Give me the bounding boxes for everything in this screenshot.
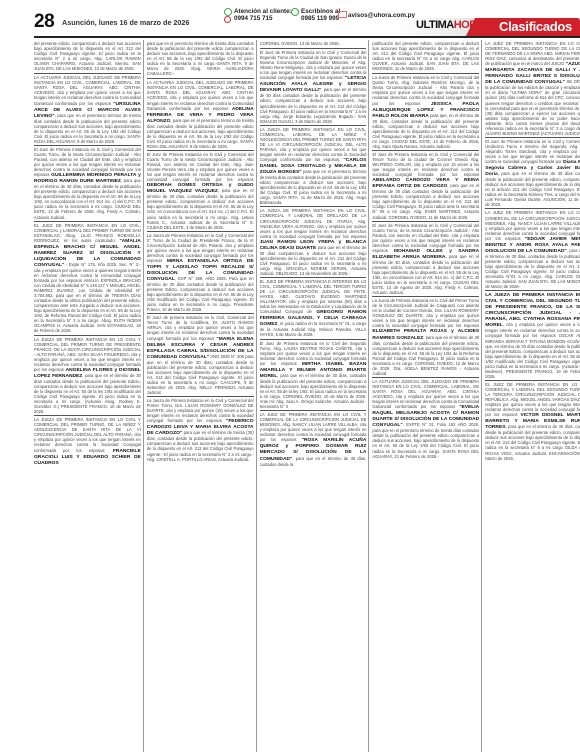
notice-text: , para que en el término de 30 días, con… <box>485 424 580 460</box>
notice-text: LA JUEZA DE PRIMERA INSTANCIA EN LO CIVI… <box>34 417 141 452</box>
page-header: 28 Asunción, lunes 16 de marzo de 2026 A… <box>0 0 580 36</box>
notice-text: EL JUEZ DE PRIMERA INSTANCIA E INTERINO … <box>260 279 367 314</box>
legal-notice: El Juez de Primera Instancia en lo Civil… <box>485 137 580 208</box>
legal-notice: LA JUEZA DE PRIMERA INSTANCIA EN LO CIVI… <box>34 335 141 415</box>
issue-date: Asunción, lunes 16 de marzo de 2026 <box>62 18 189 27</box>
notice-text: LA JUEZA DE PRIMERA INSTANCIA EN LO CIVI… <box>260 127 367 162</box>
legal-notice: CORONEL OVIEDO, 13 de Marzo de 2026. <box>260 40 367 47</box>
notice-text: El Juez de Primera Instancia en lo Civil… <box>147 152 254 182</box>
legal-notice: La Jueza de Primera Instancia en lo Civi… <box>147 396 254 462</box>
notice-text: La Jueza de Primera Instancia en lo Civi… <box>372 298 479 328</box>
column-5: LA JUEZ DE PRIMERA INSTANCIA EN LO CIVIL… <box>485 40 580 752</box>
notice-text: . EXPTE N° 01. Folio 182 AÑO 2026, para … <box>372 422 479 458</box>
legal-notice: La Jueza de Primera Instancia en lo Civi… <box>372 73 479 149</box>
legal-notice: LA JUEZA DE PRIMERA INSTANCIA EN LO CIVI… <box>260 125 367 206</box>
notice-text: , para que en el término de 30 días, con… <box>34 178 141 219</box>
notice-text: CORONEL OVIEDO, 13 de Marzo de 2026. <box>260 41 340 46</box>
column-4: publicación del presente edicto, compare… <box>372 40 482 752</box>
notice-text: , para que en el término de 30 días, con… <box>372 254 479 295</box>
phone-icon <box>224 16 231 23</box>
legal-notice: El Juez de Primera Instancia en lo Civil… <box>260 48 367 124</box>
whatsapp-icon <box>291 8 299 16</box>
legal-notice: El Juez de Primera Instancia en lo Civil… <box>34 145 141 220</box>
notice-text: publicación del presente edicto, compare… <box>372 41 479 71</box>
notice-text: , para que en el término de 30 días cont… <box>485 171 580 207</box>
notice-text: , para que en el término de 30 días, con… <box>260 373 367 409</box>
legal-notice: LA JUEZ DE PRIMERA INSTANCIA EN LO CIVIL… <box>485 208 580 289</box>
whatsapp-icon <box>224 8 232 16</box>
legal-notice: EL JUEZ DE PRIMERA INSTANCIA EN LO CIVIL… <box>34 221 141 334</box>
legal-notice: El Juez de Primera Instancia en lo Civil… <box>372 150 479 220</box>
legal-notice: del presente edicto, comparezcan a deduc… <box>34 40 141 72</box>
notice-text: SE ORDENÓ la publicación de los edictos … <box>485 79 580 135</box>
envelope-icon <box>338 11 347 18</box>
notice-text: del presente edicto, comparezcan a deduc… <box>34 41 141 71</box>
column-2: para que en el perentorio término de tre… <box>147 40 257 752</box>
notice-text: , EXP N° 469, AÑO 2025. Para que en térm… <box>147 276 254 312</box>
notice-text: , para que en el término de 30 días cont… <box>372 183 479 219</box>
notice-text: , para que en el término de 30 días, con… <box>372 335 479 376</box>
customer-service-contact[interactable]: Atención al cliente: 0994 715 715 <box>224 8 292 22</box>
legal-notice: EL JUEZ DE PRIMERA INSTANCIA EN LO CIVIL… <box>485 380 580 461</box>
legal-notice: El Juez de Primera Instancia en lo Civil… <box>147 150 254 230</box>
legal-notice: LA JUEZ DE PRIMERA INSTANCIA EN LO CIVIL… <box>485 40 580 136</box>
notice-text: EL JUEZ DE PRIMERA INSTANCIA EN LO CIVIL… <box>485 382 580 417</box>
classifieds-columns: del presente edicto, comparezcan a deduc… <box>34 40 580 752</box>
header-rule <box>34 36 580 38</box>
legal-notice: LA ACTUARIA JUDICIAL DEL JUZGADO DE PRIM… <box>147 78 254 149</box>
notice-text: , para que en el término de 30 días cont… <box>260 87 367 123</box>
write-us-contact[interactable]: Escribinos al 0985 119 999 <box>291 8 340 22</box>
legal-notice: LA JUEZA DE PRIMERA INSTANCIA EN LO CIVI… <box>485 290 580 379</box>
legal-notice: LA ACTUARIA JUDICIAL DEL JUZGADO DE PRIM… <box>34 73 141 144</box>
notice-text: LA JUEZA DE PRIMERA INSTANCIA EN LO CIVI… <box>260 208 367 238</box>
notice-text: para que, en el término de 30 días, cont… <box>372 113 479 149</box>
legal-notice: para que en el perentorio término de tre… <box>147 40 254 77</box>
notice-text: para que en el perentorio término de tre… <box>147 41 254 76</box>
notice-text: .- Expte N° 175, Año 2025, Sec. N° 2.- c… <box>34 262 141 334</box>
legal-notice: EL JUEZ DE PRIMERA INSTANCIA E INTERINO … <box>260 277 367 338</box>
notice-text: LA JUEZA DE PRIMERA INSTANCIA EN LO CIVI… <box>34 337 141 372</box>
notice-text: para que en el perentorio término de tre… <box>260 169 367 205</box>
legal-notice: El Juez de Primera Instancia en lo Civil… <box>372 221 479 296</box>
legal-notice: La Jueza de Primera Instancia en lo Civi… <box>147 231 254 313</box>
legal-notice: LA JUEZA DE PRIMERA INSTANCIA EN LO CIVI… <box>260 206 367 276</box>
legal-notice: La Jueza de Primera Instancia en lo Civi… <box>372 296 479 376</box>
notice-text: , para que en el término de 30 días cont… <box>34 373 141 414</box>
column-3: CORONEL OVIEDO, 13 de Marzo de 2026.El J… <box>260 40 370 752</box>
column-1: del presente edicto, comparezcan a deduc… <box>34 40 144 752</box>
legal-notice: publicación del presente edicto, compare… <box>372 40 479 72</box>
legal-notice: El Juez de primera instancia en lo Civil… <box>147 313 254 395</box>
notice-text: El Juez de Primera Instancia en lo Civil… <box>372 152 479 177</box>
legal-notice: El Juez de Primera Instancia en lo Civil… <box>260 339 367 410</box>
notice-text: , para que en el término de 30 días, con… <box>485 248 580 289</box>
notice-text: , cita y emplaza por quince veces a los … <box>485 322 580 378</box>
section-title: Clasificados <box>499 19 572 34</box>
section-banner: Clasificados <box>466 18 580 36</box>
legal-notice: LA ACTUARIA JUDICIAL DEL JUZGADO DE PRIM… <box>372 377 479 459</box>
notice-text: AÑO 2025 N° 306 para que en el término d… <box>147 354 254 395</box>
page-number: 28 <box>34 11 54 33</box>
legal-notice: LA JUEZ DE PRIMERA INSTANCIA EN LO CIVIL… <box>260 410 367 466</box>
notice-text: , para que en el término de 30 días, con… <box>147 188 254 229</box>
legal-notice: LA JUEZA DE PRIMERA INSTANCIA EN LO CIVI… <box>34 415 141 465</box>
